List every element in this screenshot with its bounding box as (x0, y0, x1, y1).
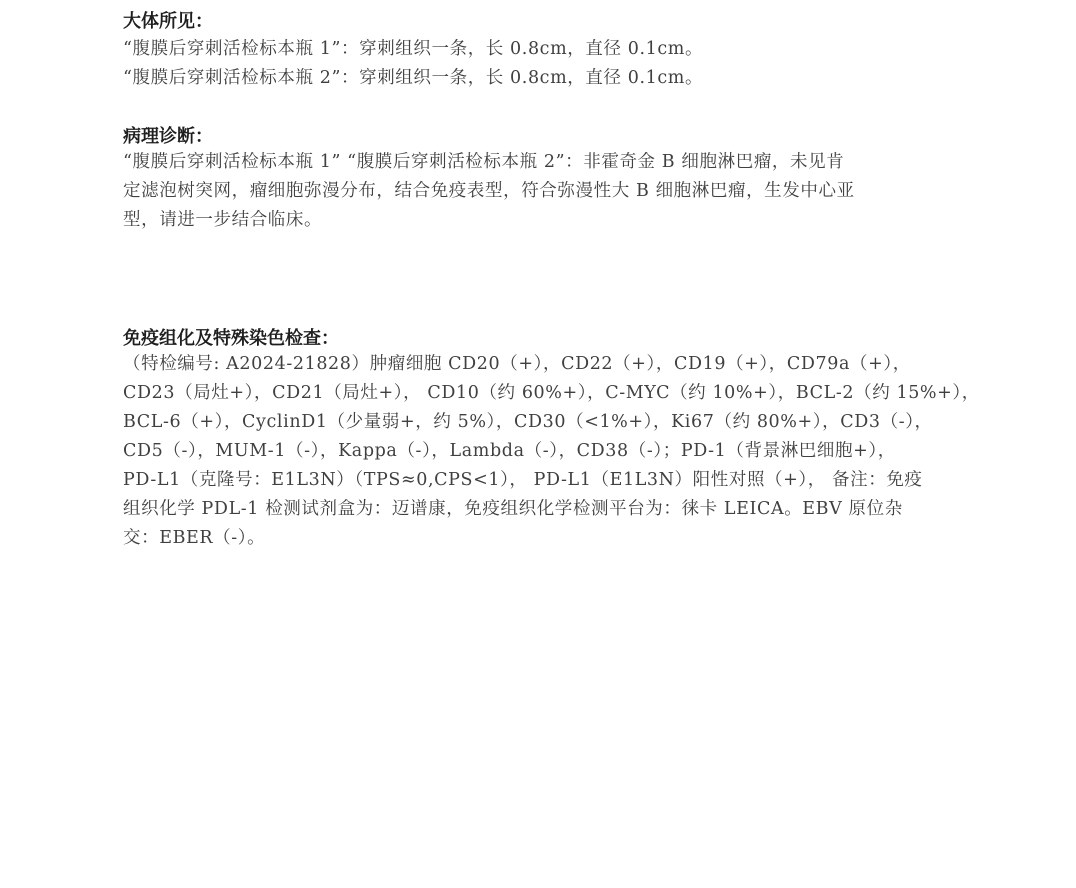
diagnosis-line-1: “腹膜后穿刺活检标本瓶 1” “腹膜后穿刺活检标本瓶 2”：非霍奇金 B 细胞淋… (123, 148, 958, 177)
ihc-line-4: CD5（-），MUM-1（-），Kappa（-），Lambda（-），CD38（… (123, 437, 958, 466)
gross-findings-line-2: “腹膜后穿刺活检标本瓶 2”：穿刺组织一条，长 0.8cm，直径 0.1cm。 (123, 64, 703, 89)
gross-findings-title: 大体所见： (123, 7, 213, 33)
diagnosis-line-2: 定滤泡树突网，瘤细胞弥漫分布，结合免疫表型，符合弥漫性大 B 细胞淋巴瘤，生发中… (123, 177, 958, 206)
pathology-diagnosis-text: “腹膜后穿刺活检标本瓶 1” “腹膜后穿刺活检标本瓶 2”：非霍奇金 B 细胞淋… (123, 148, 958, 235)
gross-findings-line-1: “腹膜后穿刺活检标本瓶 1”：穿刺组织一条，长 0.8cm，直径 0.1cm。 (123, 35, 703, 60)
ihc-line-5: PD-L1（克隆号：E1L3N）（TPS≈0,CPS<1）， PD-L1（E1L… (123, 466, 958, 495)
ihc-text: （特检编号: A2024-21828）肿瘤细胞 CD20（+），CD22（+），… (123, 350, 958, 553)
ihc-line-2: CD23（局灶+），CD21（局灶+）， CD10（约 60%+），C-MYC（… (123, 379, 958, 408)
ihc-line-1: （特检编号: A2024-21828）肿瘤细胞 CD20（+），CD22（+），… (123, 350, 958, 379)
ihc-line-6: 组织化学 PDL-1 检测试剂盒为：迈谱康，免疫组织化学检测平台为：徕卡 LEI… (123, 495, 958, 524)
pathology-diagnosis-title: 病理诊断： (123, 122, 213, 148)
ihc-line-3: BCL-6（+），CyclinD1（少量弱+，约 5%），CD30（<1%+），… (123, 408, 958, 437)
diagnosis-line-3: 型，请进一步结合临床。 (123, 206, 958, 235)
ihc-title: 免疫组化及特殊染色检查： (123, 324, 339, 350)
ihc-line-7: 交：EBER（-）。 (123, 524, 958, 553)
